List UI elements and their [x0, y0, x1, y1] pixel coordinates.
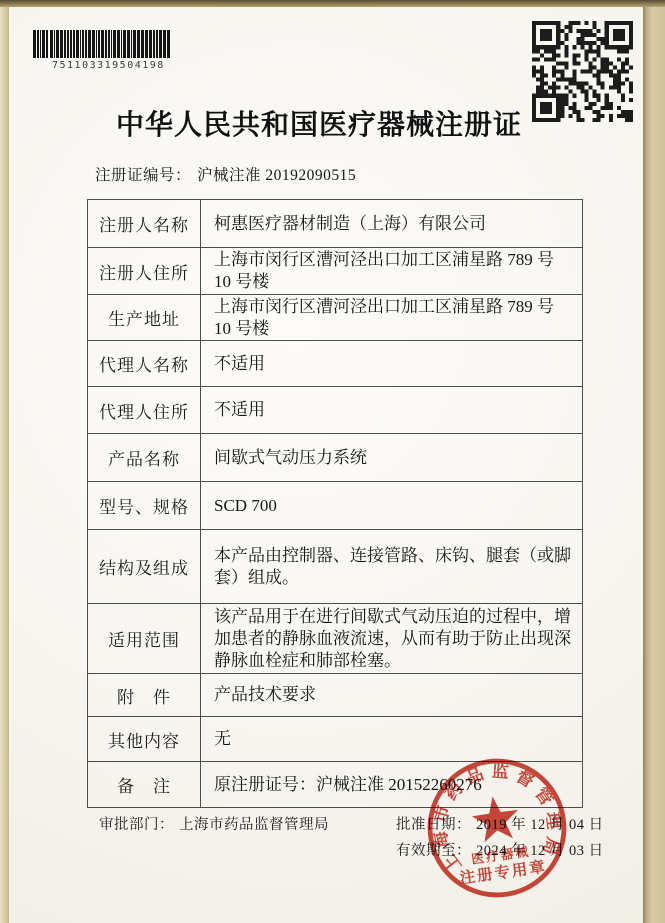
certificate-title: 中华人民共和国医疗器械注册证 [9, 103, 629, 143]
barcode-bar [156, 30, 158, 58]
barcode-bar [54, 30, 55, 58]
registration-number-line: 注册证编号：沪械注准 20192090515 [95, 163, 356, 185]
approval-department: 审批部门：上海市药品监督管理局 [99, 813, 329, 834]
barcode-bar [113, 30, 116, 58]
approval-department-label: 审批部门： [99, 817, 174, 833]
barcode-bar [163, 30, 166, 58]
field-label: 附 件 [88, 674, 201, 716]
field-value: 间歇式气动压力系统 [201, 434, 582, 481]
approval-department-value: 上海市药品监督管理局 [179, 817, 329, 833]
barcode-bar [33, 30, 36, 58]
field-value: 本产品由控制器、连接管路、床钩、腿套（或脚套）组成。 [201, 530, 582, 603]
scanned-certificate: 751103319504198 中华人民共和国医疗器械注册证 注册证编号：沪械注… [0, 0, 665, 923]
field-value: 不适用 [201, 341, 582, 386]
barcode-bar [127, 30, 130, 58]
scan-edge-top [0, 0, 665, 7]
barcode-bar [105, 30, 107, 58]
field-label: 生产地址 [88, 295, 201, 340]
barcode-bar [111, 30, 112, 58]
field-value: 该产品用于在进行间歇式气动压迫的过程中，增加患者的静脉血液流速，从而有助于防止出… [201, 604, 582, 673]
field-value: 产品技术要求 [201, 674, 582, 716]
table-row: 注册人住所上海市闵行区漕河泾出口加工区浦星路 789 号 10 号楼 [88, 247, 582, 294]
barcode-bar [131, 30, 132, 58]
barcode-bar [149, 30, 152, 58]
certificate-table: 注册人名称柯惠医疗器材制造（上海）有限公司注册人住所上海市闵行区漕河泾出口加工区… [87, 199, 583, 808]
barcode-bar [70, 30, 72, 58]
barcode-bar [80, 30, 81, 58]
barcode-bar [141, 30, 144, 58]
table-row: 代理人住所不适用 [88, 386, 582, 433]
field-label: 备 注 [88, 762, 201, 807]
field-value: SCD 700 [201, 482, 582, 529]
barcode-bar [85, 30, 87, 58]
registration-number-label: 注册证编号： [95, 167, 191, 184]
barcode-bar [88, 30, 91, 58]
seal-star-icon [470, 793, 522, 843]
barcode-bar [96, 30, 97, 58]
table-row: 适用范围该产品用于在进行间歇式气动压迫的过程中，增加患者的静脉血液流速，从而有助… [88, 603, 582, 673]
barcode-bar [159, 30, 162, 58]
barcode-bar [73, 30, 75, 58]
barcode-bar [167, 30, 170, 58]
barcode-bar [133, 30, 136, 58]
table-row: 附 件产品技术要求 [88, 673, 582, 716]
barcode-bar [108, 30, 110, 58]
barcode-bar [121, 30, 122, 58]
field-value: 上海市闵行区漕河泾出口加工区浦星路 789 号 10 号楼 [201, 248, 582, 294]
table-row: 型号、规格SCD 700 [88, 481, 582, 529]
barcode-bar [60, 30, 63, 58]
field-value: 柯惠医疗器材制造（上海）有限公司 [201, 200, 582, 247]
barcode-bar [40, 30, 41, 58]
field-label: 型号、规格 [88, 482, 201, 529]
field-label: 代理人住所 [88, 387, 201, 433]
barcode-bar [42, 30, 45, 58]
field-value: 不适用 [201, 387, 582, 433]
field-label: 产品名称 [88, 434, 201, 481]
barcode-bar [101, 30, 104, 58]
field-label: 注册人住所 [88, 248, 201, 294]
table-row: 生产地址上海市闵行区漕河泾出口加工区浦星路 789 号 10 号楼 [88, 294, 582, 340]
table-row: 注册人名称柯惠医疗器材制造（上海）有限公司 [88, 200, 582, 247]
field-label: 代理人名称 [88, 341, 201, 386]
barcode-bar [64, 30, 66, 58]
barcode-bar [153, 30, 155, 58]
barcode-bar [50, 30, 53, 58]
field-value: 上海市闵行区漕河泾出口加工区浦星路 789 号 10 号楼 [201, 295, 582, 340]
barcode-bar [82, 30, 84, 58]
barcode-bar [46, 30, 48, 58]
field-label: 注册人名称 [88, 200, 201, 247]
barcode-bar [37, 30, 39, 58]
barcode-bar [92, 30, 95, 58]
barcode-bar [117, 30, 120, 58]
barcode [33, 30, 175, 58]
barcode-bar [67, 30, 69, 58]
barcode-bar [98, 30, 100, 58]
table-row: 结构及组成本产品由控制器、连接管路、床钩、腿套（或脚套）组成。 [88, 529, 582, 603]
barcode-bar [76, 30, 79, 58]
field-label: 适用范围 [88, 604, 201, 673]
official-seal-stamp: 上海市药品监督管理局 医疗器械 注册专用章 [401, 732, 593, 923]
registration-number-value: 沪械注准 20192090515 [197, 167, 356, 184]
field-label: 其他内容 [88, 717, 201, 761]
scan-edge-right [643, 0, 665, 923]
scan-edge-left [0, 0, 9, 923]
table-row: 代理人名称不适用 [88, 340, 582, 386]
barcode-number: 751103319504198 [52, 60, 165, 71]
barcode-bar [137, 30, 140, 58]
field-label: 结构及组成 [88, 530, 201, 603]
barcode-bar [56, 30, 59, 58]
table-row: 产品名称间歇式气动压力系统 [88, 433, 582, 481]
barcode-bar [123, 30, 126, 58]
barcode-bar [145, 30, 148, 58]
